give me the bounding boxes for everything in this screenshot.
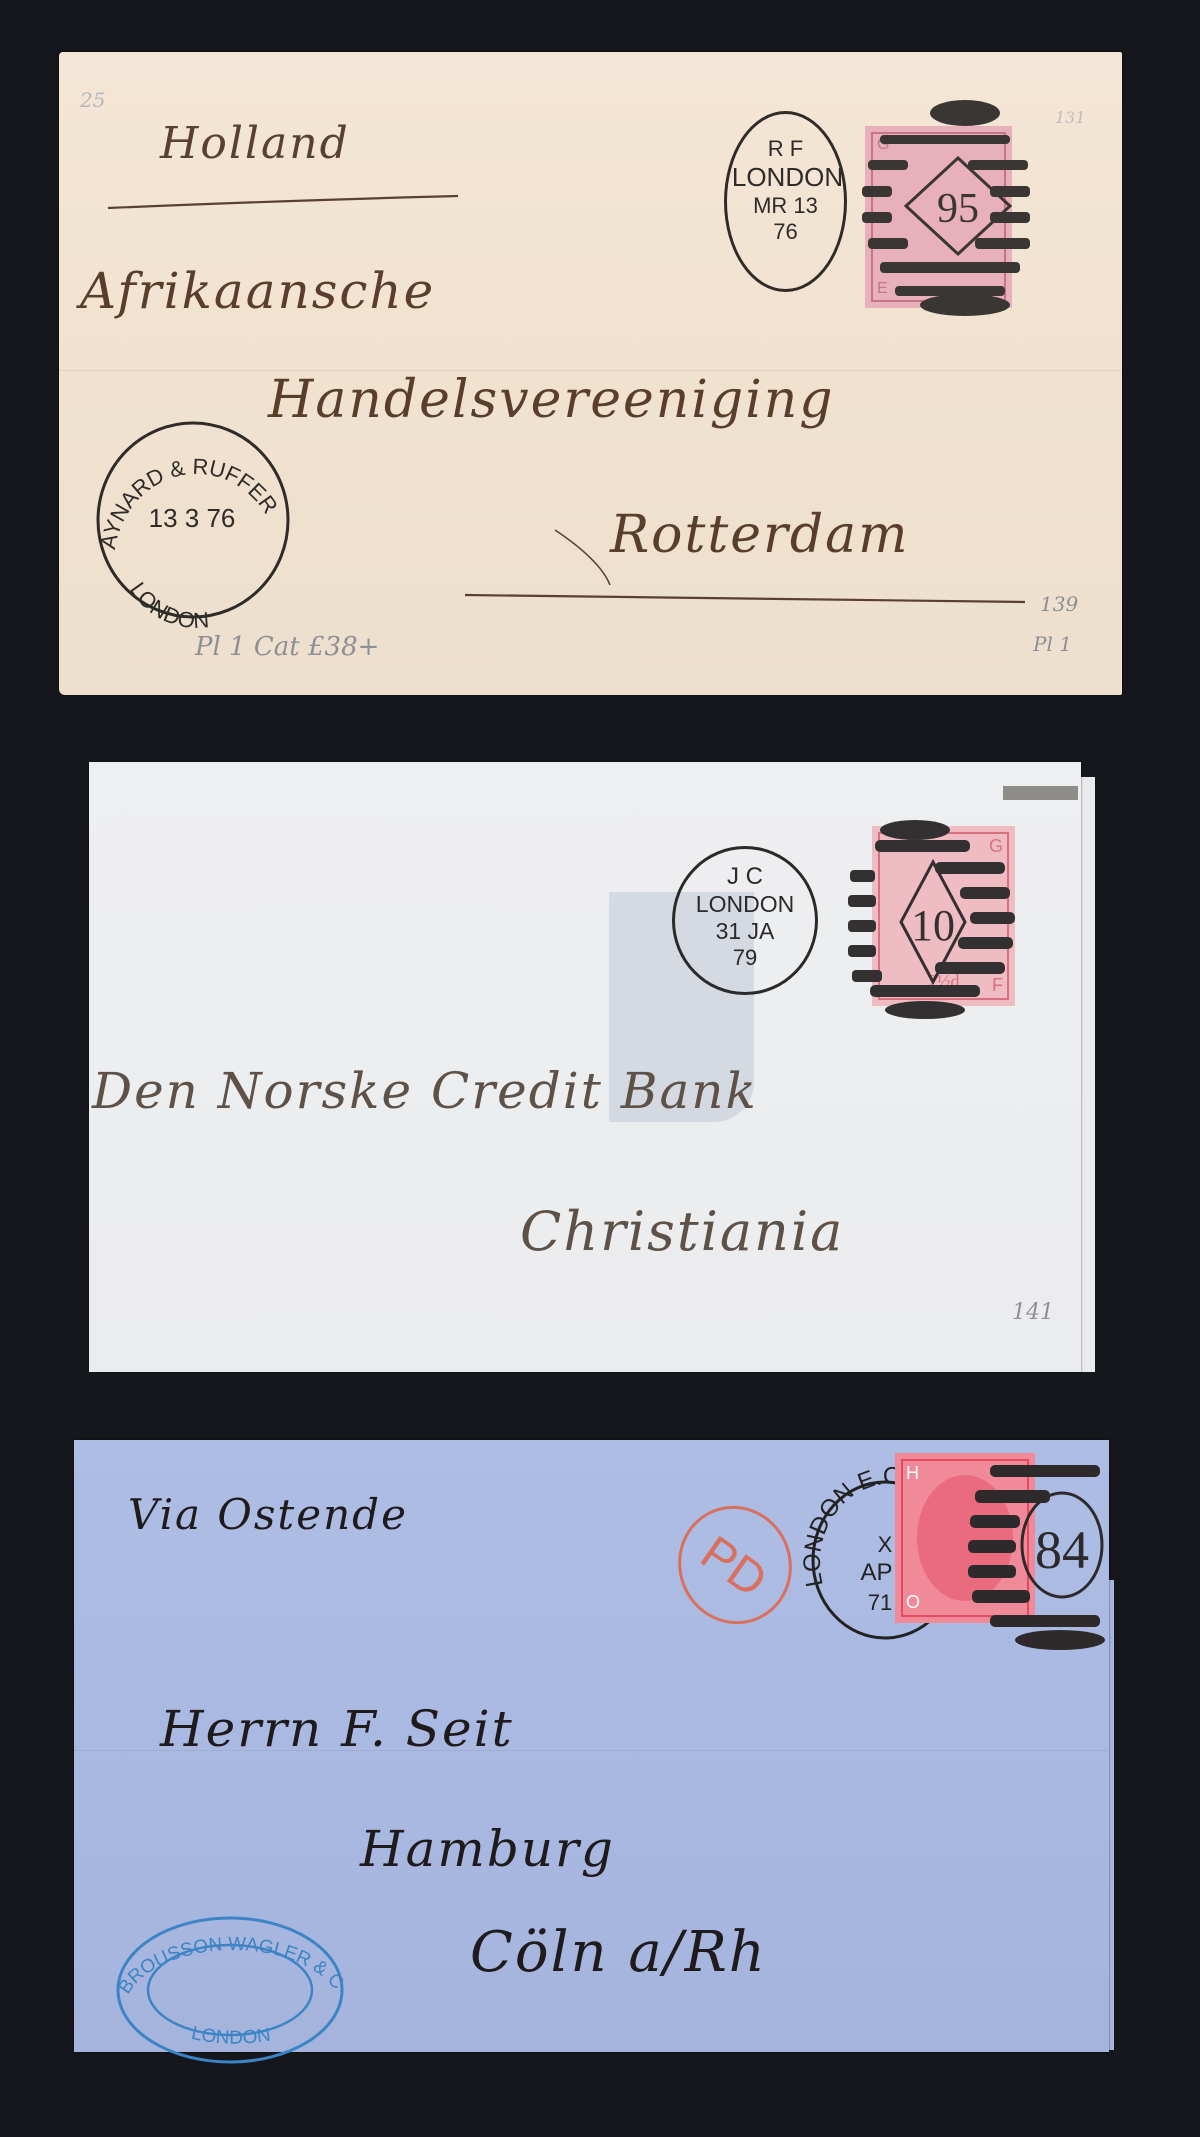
stamp-corner-letter: G — [989, 836, 1003, 857]
london-postmark-1879: J C LONDON 31 JA 79 — [672, 846, 818, 995]
postmark-code: R F — [727, 136, 844, 162]
pencil-note-25: 25 — [80, 88, 105, 112]
manuscript-address-line1: Afrikaansche — [80, 262, 435, 320]
postmark-town: LONDON — [721, 162, 854, 193]
stamp-3d-rose: H O — [895, 1453, 1035, 1623]
stamp-corner-letter: H — [906, 1463, 919, 1484]
manuscript-address-line2: Handelsvereeniging — [268, 370, 835, 430]
stamp-corner-letter: F — [992, 975, 1003, 996]
postmark-year: 79 — [675, 945, 815, 971]
manuscript-address-line2: Hamburg — [360, 1820, 615, 1878]
manuscript-address-line3: Cöln a/Rh — [470, 1920, 767, 1985]
postmark-date: MR 13 — [727, 193, 844, 219]
pencil-note-plate: Pl 1 — [1033, 632, 1072, 656]
stamp-corner-letter: E — [877, 280, 888, 298]
postmark-year: 76 — [727, 219, 844, 245]
manuscript-routing-holland: Holland — [160, 118, 350, 169]
postmark-date: 31 JA — [675, 918, 815, 945]
stamp-oval-portrait — [917, 1475, 1013, 1601]
smudge-mark — [1003, 786, 1078, 800]
london-postmark-1876: R F LONDON MR 13 76 — [724, 111, 847, 292]
pencil-note-catalogue: Pl 1 Cat £38+ — [195, 632, 379, 662]
stamp-value: 2½d — [928, 971, 960, 992]
postmark-town: LONDON — [675, 891, 815, 918]
manuscript-address-line1: Den Norske Credit Bank — [92, 1062, 758, 1120]
stamp-frame — [871, 132, 1006, 302]
stamp-corner-letter: O — [906, 1592, 920, 1613]
pencil-note-141: 141 — [1012, 1300, 1054, 1325]
manuscript-address-line3: Rotterdam — [610, 505, 909, 565]
postmark-code: J C — [675, 863, 815, 891]
pencil-note-139: 139 — [1040, 592, 1078, 616]
manuscript-routing-via-ostende: Via Ostende — [128, 1490, 408, 1539]
manuscript-address-line2: Christiania — [520, 1200, 844, 1263]
pencil-note-131: 131 — [1055, 108, 1086, 127]
stamp-corner-letter: G — [877, 136, 889, 154]
stamp-2half-penny-rosy-mauve: G E — [865, 126, 1012, 308]
manuscript-address-line1: Herrn F. Seit — [160, 1700, 514, 1758]
stamp-2half-penny-rose: G F 2½d — [872, 826, 1015, 1006]
